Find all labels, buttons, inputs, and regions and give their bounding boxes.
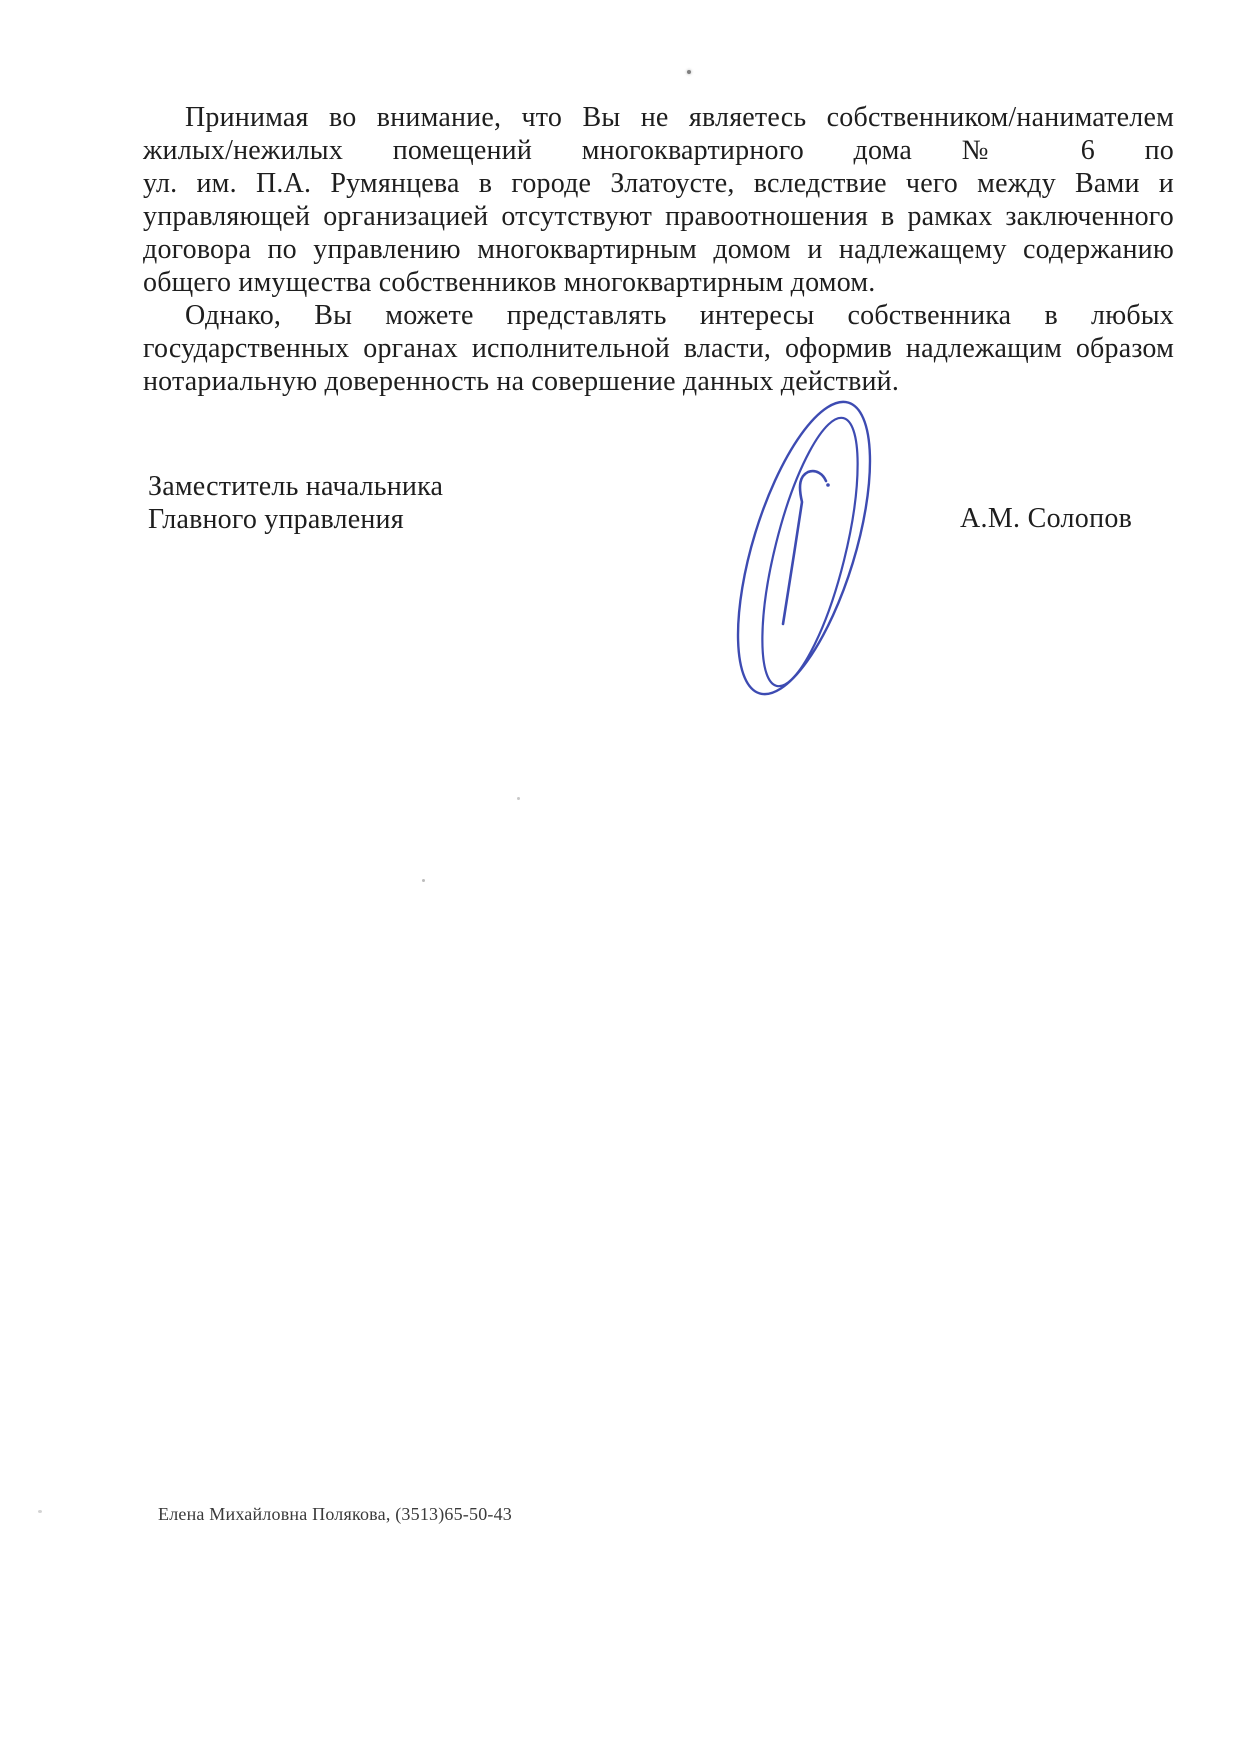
- body-text-line: государственных органах исполнительной в…: [143, 332, 1174, 365]
- signature-ink-dot: [826, 483, 830, 487]
- scan-artifact-dot: [38, 1510, 42, 1513]
- body-text-line: Принимая во внимание, что Вы не являетес…: [143, 101, 1174, 134]
- scan-artifact-dot: [422, 879, 425, 882]
- body-text-line: ул. им. П.А. Румянцева в городе Златоуст…: [143, 167, 1174, 200]
- body-text-line: общего имущества собственников многоквар…: [143, 266, 1174, 299]
- signer-name: А.М. Солопов: [960, 502, 1132, 535]
- signer-title-line: Заместитель начальника: [148, 470, 443, 503]
- body-text-line: управляющей организацией отсутствуют пра…: [143, 200, 1174, 233]
- body-text-line: договора по управлению многоквартирным д…: [143, 233, 1174, 266]
- document-page: Принимая во внимание, что Вы не являетес…: [0, 0, 1240, 1753]
- signature-hook-stroke: [783, 471, 826, 624]
- letter-body: Принимая во внимание, что Вы не являетес…: [143, 101, 1174, 398]
- handwritten-signature-icon: [722, 380, 914, 712]
- body-text-line: Однако, Вы можете представлять интересы …: [143, 299, 1174, 332]
- scan-artifact-dot: [687, 70, 691, 74]
- body-text-line: жилых/нежилых помещений многоквартирного…: [143, 134, 1174, 167]
- signature-outer-loop: [722, 388, 897, 709]
- body-text-line: нотариальную доверенность на совершение …: [143, 365, 1174, 398]
- scan-artifact-dot: [517, 797, 520, 800]
- signer-title-line: Главного управления: [148, 503, 443, 536]
- executor-contact: Елена Михайловна Полякова, (3513)65-50-4…: [158, 1502, 512, 1526]
- signer-title: Заместитель начальника Главного управлен…: [148, 470, 443, 536]
